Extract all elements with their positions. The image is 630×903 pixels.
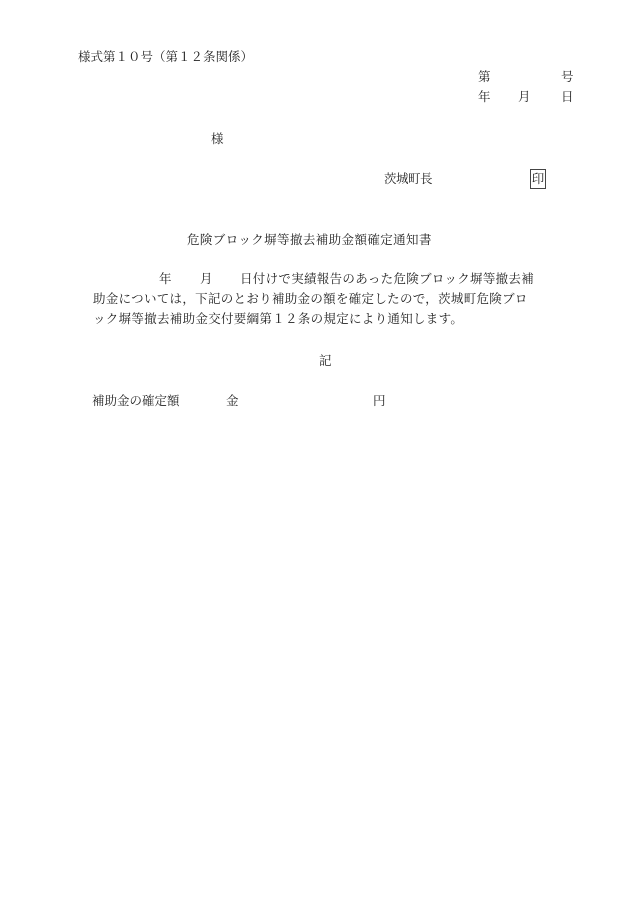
body-year-blank: 年 [159,273,172,286]
date-month: 月 [518,91,531,104]
body-line-2: 助金については，下記のとおり補助金の額を確定したので，茨城町危険ブロ [93,293,528,306]
body-line-3: ック塀等撤去補助金交付要綱第１２条の規定により通知します。 [93,313,463,326]
amount-prefix: 金 [226,395,239,408]
form-label: 様式第１０号（第１２条関係） [78,51,253,64]
date-year: 年 [478,91,491,104]
issuer-title: 茨城町長 [384,173,432,186]
date-day: 日 [561,91,574,104]
ref-number-suffix: 号 [561,71,574,84]
addressee-suffix: 様 [211,133,224,146]
body-line-1: 日付けで実績報告のあった危険ブロック塀等撤去補 [240,273,534,286]
amount-label: 補助金の確定額 [92,395,180,408]
seal-mark: 印 [530,169,546,189]
amount-unit: 円 [373,395,386,408]
body-month-blank: 月 [200,273,213,286]
note-heading: 記 [319,355,332,368]
ref-number-prefix: 第 [478,71,491,84]
document-title: 危険ブロック塀等撤去補助金額確定通知書 [187,234,432,247]
